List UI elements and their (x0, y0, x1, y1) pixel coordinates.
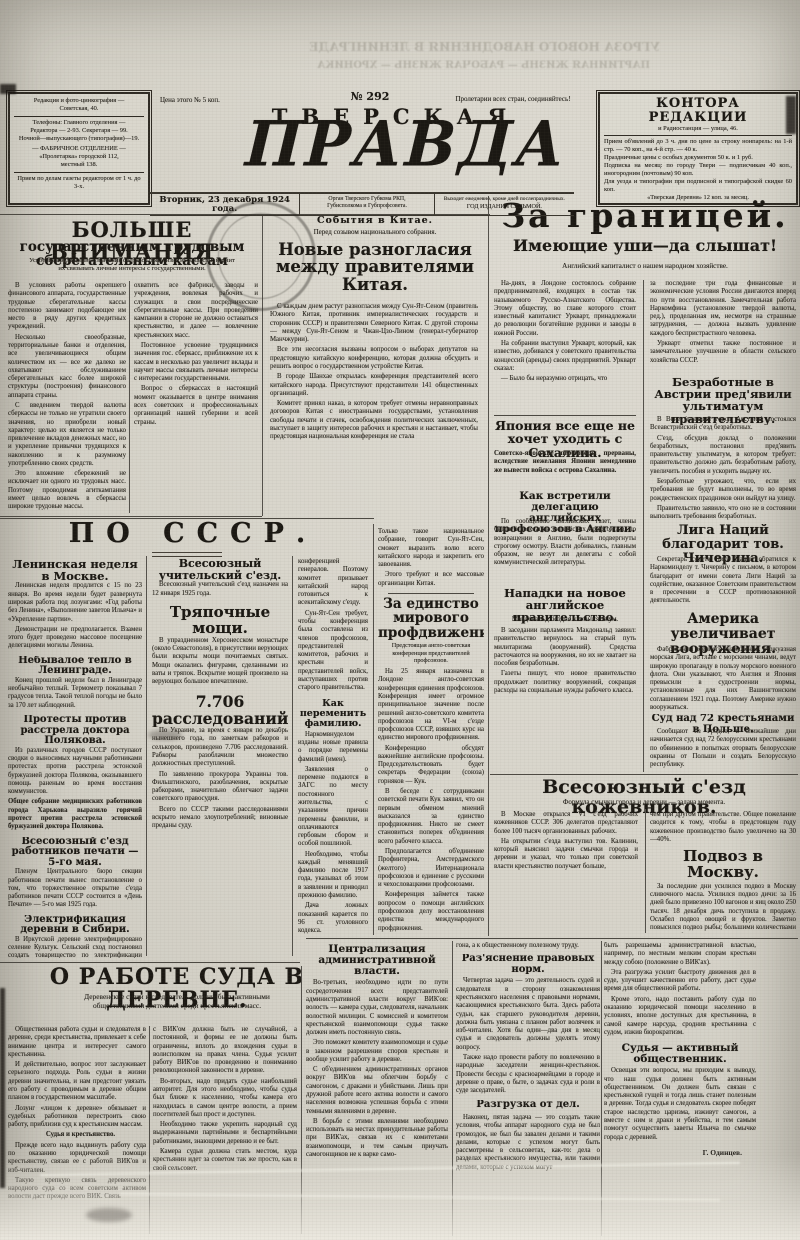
paragraph-bold: Общее собрание медицинских работников го… (8, 798, 142, 831)
paragraph: В Вене (главный город Австрии) состоялся… (650, 416, 796, 433)
paragraph: С каждым днем растут разногласия между С… (270, 303, 478, 344)
rename-heading: Как переменить фамилию. (298, 699, 368, 729)
leather-column-2: чем при другом правительстве. Общее поже… (650, 811, 796, 933)
paragraph: По заявлению прокурора Украины тов. Филь… (152, 771, 288, 804)
edition-year-line: ГОД ИЗДАНИЯ СЕДЬМОЙ. (435, 203, 574, 211)
poland-body: Сообщают из Гродно, в ближайшие дни начи… (650, 728, 796, 772)
ads-rates-line: Праздничные цены с особых документов 50 … (604, 154, 792, 162)
office-title: КОНТОРА РЕДАКЦИИ (604, 97, 792, 125)
column-rule (146, 556, 147, 956)
ink-smudge (86, 1208, 132, 1222)
teachers-congress-heading: Всесоюзный учительский с'езд. (152, 558, 288, 581)
paragraph: конференцией генералов. Поэтому комитет … (298, 558, 368, 608)
leather-deck: Формула смычки города и деревни — задача… (490, 798, 798, 807)
savings-column-1: В условиях работы окрепшего финансового … (8, 282, 126, 512)
paragraph: И действительно, вопрос этот заслуживает… (8, 1061, 146, 1102)
paragraph: Необходимо также укрепить народный суд в… (153, 1121, 297, 1146)
column-rule (452, 941, 453, 1236)
paragraph: Конференция займется также вопросом о по… (378, 891, 484, 932)
league-body: Секретарь совета Лиги Наций обратился к … (650, 556, 796, 612)
ussr-section-heading: ПО СССР. (0, 520, 374, 549)
section-rule (0, 518, 374, 519)
paragraph: В борьбе с этими явлениями необходимо ис… (306, 1118, 448, 1159)
redaction-address-line: Редакция и фото-цинкография — (14, 97, 144, 105)
section-rule (306, 938, 798, 939)
paragraph: Ленинская неделя продлится с 15 по 23 ян… (8, 582, 142, 623)
paragraph: чем при другом правительстве. Общее поже… (650, 811, 796, 844)
paragraph: Несколько своеобразные, территориальные … (8, 334, 126, 400)
unity-heading: За единство мирового профдвижения. (378, 597, 484, 640)
paragraph: Это вложение сбережений не исключает ни … (8, 470, 126, 511)
reception-hours-line: Прием по делам газеты редактором от 1 ч.… (14, 172, 144, 191)
organ-line: Губисполкома и Губпрофсовета. (300, 203, 433, 210)
paragraph: Фабриканты военного снаряжения, буржуазн… (650, 646, 796, 712)
paragraph: Предполагается об'единение Профинтерна, … (378, 848, 484, 889)
issue-number: № 292 (338, 91, 402, 103)
paragraph: Все эти несогласия вызваны вопросом о вы… (270, 346, 478, 371)
lenin-week-heading: Ленинская неделя в Москве. (8, 558, 142, 582)
paragraph: Всего по СССР такими расследованиями вск… (152, 806, 288, 831)
ink-smudge (148, 730, 182, 740)
court-column-5: быть разрешаемы административной властью… (604, 942, 756, 1212)
legal-norms-heading: Раз'яснение правовых норм. (456, 954, 600, 975)
paragraph: На открытии с'езда выступил тов. Калинин… (494, 838, 638, 871)
section-rule (490, 774, 798, 775)
paragraph: С'езд, обсудив доклад о положении безраб… (650, 435, 796, 476)
author-signature: Г. Одинцев. (604, 1148, 756, 1157)
section-rule (0, 962, 300, 963)
schedule-cell: Выходит ежедневно, кроме дней послепразд… (434, 194, 574, 215)
savings-column-2: охватить все фабрики, заводы и учреждени… (134, 282, 258, 512)
paragraph: На 25 января назначена в Лондоне англо-с… (378, 668, 484, 743)
paragraph: Общественная работа судьи и следователя … (8, 1026, 146, 1059)
paragraph: за последние три года финансовые и эконо… (650, 280, 796, 338)
press-congress-heading: Всесоюзный с'езд работников печати — 5-г… (8, 837, 142, 869)
electrification-heading: Электрификация деревни в Сибири. (8, 915, 142, 936)
paragraph: Во-вторых, надо придать судье наибольший… (153, 1078, 297, 1119)
paragraph: Наконец, пятая задача — это создать таки… (456, 1114, 600, 1172)
austria-body: В Вене (главный город Австрии) состоялся… (650, 416, 796, 522)
scan-edge-mark (0, 84, 16, 94)
paragraph: В условиях работы окрепшего финансового … (8, 282, 126, 332)
protest-heading: Протесты против расстрела доктора Поляко… (8, 715, 142, 747)
paragraph: Наркомвнуделом изданы новые правила о по… (298, 731, 368, 764)
column-rule (373, 524, 374, 935)
paragraph: Эта разгрузка усилит быстроту движения д… (604, 969, 756, 994)
divider-rule (494, 415, 636, 416)
leather-column-1: В Москве открылся VI с'езд рабочих кожев… (494, 811, 638, 931)
subscription-line: Для уезда и типографии при подписной и т… (604, 178, 792, 194)
paragraph: с ВИК'ом должна быть не случайной, а пос… (153, 1026, 297, 1076)
paragraph: В Иркутской деревне электрифицировано се… (8, 936, 142, 958)
paragraph: В городе Шанхае открылась конференция пр… (270, 373, 478, 398)
paragraph: — Было бы неразумно отрицать, что (494, 375, 636, 383)
paragraph: По сообщению английских газет, члены быв… (494, 518, 636, 568)
redaction-address-line: Советская, 40. (14, 105, 144, 113)
phones-line: Телефоны: Главного отделения — (14, 116, 144, 127)
paragraph: Также надо провести работу по вовлечению… (456, 1054, 600, 1095)
scan-edge-mark (0, 988, 5, 1188)
paragraph-bold: Советско-японские переговоры прерваны, в… (494, 450, 636, 475)
paragraph: Из различных городов СССР поступают свод… (8, 747, 142, 797)
bleed-through-text: ПАРТИЙНАЯ ЖИЗНЬ — РАБОЧАЯ ЖИЗНЬ — ХРОНИК… (130, 60, 650, 71)
paragraph: Освещая эти вопросы, мы приходим к вывод… (604, 1067, 756, 1142)
paragraph: В упраздненном Херсонесском монастыре (о… (152, 637, 288, 687)
paragraph: Лозунг «лицом к деревне» обязывает и суд… (8, 1105, 146, 1130)
moscow-supply-heading: Подвоз в Москву. (650, 849, 796, 881)
ussr-column-2: Всесоюзный учительский с'езд. Всесоюзный… (152, 558, 288, 958)
heading-underline (152, 552, 222, 557)
unload-heading: Разгрузка от дел. (456, 1100, 600, 1111)
phones-line: Ночной—выпускающего (типография)—19. (14, 135, 144, 143)
paragraph: За последние дни усилился подвоз в Москв… (650, 883, 796, 933)
scan-edge-mark (786, 96, 796, 134)
delegation-body: По сообщению английских газет, члены быв… (494, 518, 636, 584)
centralization-heading: Централизация администра­тивной власти. (306, 944, 448, 977)
factory-branch-line: — ФАБРИЧНОЕ ОТДЕЛЕНИЕ — (14, 145, 144, 153)
paragraph: Кроме этого, надо поставить работу суда … (604, 996, 756, 1037)
paragraph: Комитет принял наказ, в котором требует … (270, 400, 478, 441)
bleed-through-text: УГРОЗА НОВОГО НАВОДНЕНИЯ В ЛЕНИНГРАДЕ (60, 40, 660, 54)
paragraph: Уркварт отметил также постоянное и замеч… (650, 340, 796, 365)
paragraph: На собрании выступил Уркварт, который, к… (494, 340, 636, 373)
warm-weather-heading: Небывалое тепло в Ленинграде. (8, 656, 142, 677)
paragraph: Безработные угрожают, что, если их требо… (650, 478, 796, 503)
paragraph: Дача ложных показаний карается по 96 ст.… (298, 902, 368, 935)
organ-cell: Орган Тверского Губкома РКП, Губисполком… (299, 194, 433, 215)
court-column-3: Централизация администра­тивной власти. … (306, 944, 448, 1236)
column-rule (292, 556, 293, 956)
abroad-column-1: На-днях, в Лондоне состоялось собрание п… (494, 280, 636, 412)
section-rule (0, 516, 262, 517)
price-label: Цена этого № 5 коп. (160, 96, 256, 105)
phones-line: Редактора — 2-93. Секретаря — 99. (14, 127, 144, 135)
ussr-column-1: Ленинская неделя в Москве. Ленинская нед… (8, 558, 142, 958)
factory-branch-line: «Пролетарка» городской 112, (14, 153, 144, 161)
unity-column: Только такое национальное собрание, гово… (378, 528, 484, 935)
abroad-subheading: Имеющие уши—да слышат! (490, 238, 800, 255)
investigations-heading: 7.706 расследований. (152, 694, 288, 727)
paragraph: Этого требуют и все массовые организации… (378, 571, 484, 588)
paragraph: Прежде всего надо выдвинуть работу суда … (8, 1142, 146, 1175)
paragraph: Конец прошлой недели был в Ленинграде не… (8, 677, 142, 710)
paragraph: гона, а к общественному полезному труду. (456, 942, 600, 950)
slogan: Пролетарии всех стран, соединяйтесь! (430, 95, 596, 104)
america-body: Фабриканты военного снаряжения, буржуазн… (650, 646, 796, 712)
paragraph: Всесоюзный учительский с'езд назначен на… (152, 581, 288, 598)
newspaper-title-line2: ПРАВДА (166, 112, 646, 191)
ads-rates-line: Прием об'явлений до 3 ч. дня по цене за … (604, 138, 792, 154)
attack-subheading: Макдональд поздно хватился за ум. (494, 615, 636, 624)
paragraph: С введением твердой валюты сберкассы не … (8, 402, 126, 468)
court-subheading: Судья и крестьянство. (8, 1131, 146, 1139)
paragraph: Четвертая задача — это деятельность суде… (456, 977, 600, 1052)
china-body: С каждым днем растут разногласия между С… (270, 303, 478, 551)
paragraph: Правительство заявило, что оно не в сост… (650, 505, 796, 522)
paragraph: Такую крепкую связь деревенского народно… (8, 1177, 146, 1202)
paragraph: Сообщают из Гродно, в ближайшие дни начи… (650, 728, 796, 769)
active-judge-heading: Судья — активный общественник. (604, 1043, 756, 1065)
newspaper-page: УГРОЗА НОВОГО НАВОДНЕНИЯ В ЛЕНИНГРАДЕ ПА… (0, 0, 800, 1240)
paragraph: Секретарь совета Лиги Наций обратился к … (650, 556, 796, 606)
paragraph: В Москве открылся VI с'езд рабочих кожев… (494, 811, 638, 836)
column-rule (149, 1026, 150, 1234)
paragraph: Конференцию обсудят важнейшие английские… (378, 745, 484, 786)
japan-body: Советско-японские переговоры прерваны, в… (494, 450, 636, 488)
paragraph: Необходимо, чтобы каждый менявший фамили… (298, 851, 368, 901)
paragraph: Заявления о перемене подаются в ЗАГС по … (298, 766, 368, 849)
column-rule (601, 941, 602, 1236)
paragraph: Сун-Ят-Сен требует, чтобы конференция бы… (298, 610, 368, 693)
paragraph: Газеты пишут, что новое правительство пр… (494, 670, 636, 695)
schedule-line: Выходит ежедневно, кроме дней послепразд… (435, 196, 574, 203)
masthead-right-infobox: КОНТОРА РЕДАКЦИИ и Радиостанция — улица,… (598, 92, 798, 205)
paragraph: Демонстрации не предполагается. Взамен э… (8, 626, 142, 651)
dateline-row: Вторник, 23 декабря 1924 года. Орган Тве… (150, 192, 574, 216)
abroad-column-2: за последние три года финансовые и эконо… (650, 280, 796, 372)
postal-stamp (206, 201, 316, 311)
abroad-deck: Английский капиталист о нашем народном х… (490, 262, 800, 271)
column-rule (129, 281, 130, 513)
paragraph: Пленум Центрального бюро секции работник… (8, 868, 142, 909)
paragraph: Во-третьих, необходимо идти по пути соср… (306, 979, 448, 1037)
subscription-line: Подписка на месяц: по городу Твери — под… (604, 162, 792, 178)
masthead-left-infobox: Редакция и фото-цинкография — Советская,… (8, 92, 150, 205)
china-continuation-column: конференцией генералов. Поэтому комитет … (298, 558, 368, 935)
paragraph: На-днях, в Лондоне состоялось собрание п… (494, 280, 636, 338)
column-rule (488, 196, 489, 936)
unity-deck: Предстоящая англо-советская конференция … (378, 642, 484, 665)
paragraph: быть разрешаемы административной властью… (604, 942, 756, 967)
court-column-1: Общественная работа судьи и следователя … (8, 1026, 146, 1234)
column-rule (645, 809, 646, 933)
paragraph: Постоянное усвоение трудящимися значения… (134, 342, 258, 383)
paragraph: Только такое национальное собрание, гово… (378, 528, 484, 569)
court-column-2: с ВИК'ом должна быть не случайной, а пос… (153, 1026, 297, 1234)
paragraph: Это поможет комитету взаимопомощи и судь… (306, 1039, 448, 1064)
court-column-4: гона, а к общественному полезному труду.… (456, 942, 600, 1236)
office-subtitle: и Радиостанция — улица, 46. (604, 125, 792, 136)
divider-rule (388, 593, 474, 594)
column-rule (643, 280, 644, 772)
relics-heading: Тряпочные мощи. (152, 605, 288, 637)
factory-branch-line: местный 138. (14, 161, 144, 169)
paragraph: С об'единением административных органов … (306, 1066, 448, 1116)
attack-body: В заседании парламента Макдональд заявил… (494, 627, 636, 769)
paragraph: В беседе с сотрудниками советской печати… (378, 788, 484, 846)
paragraph: Вопрос о сберкассах в настоящий момент о… (134, 385, 258, 426)
paragraph: В заседании парламента Макдональд заявил… (494, 627, 636, 668)
